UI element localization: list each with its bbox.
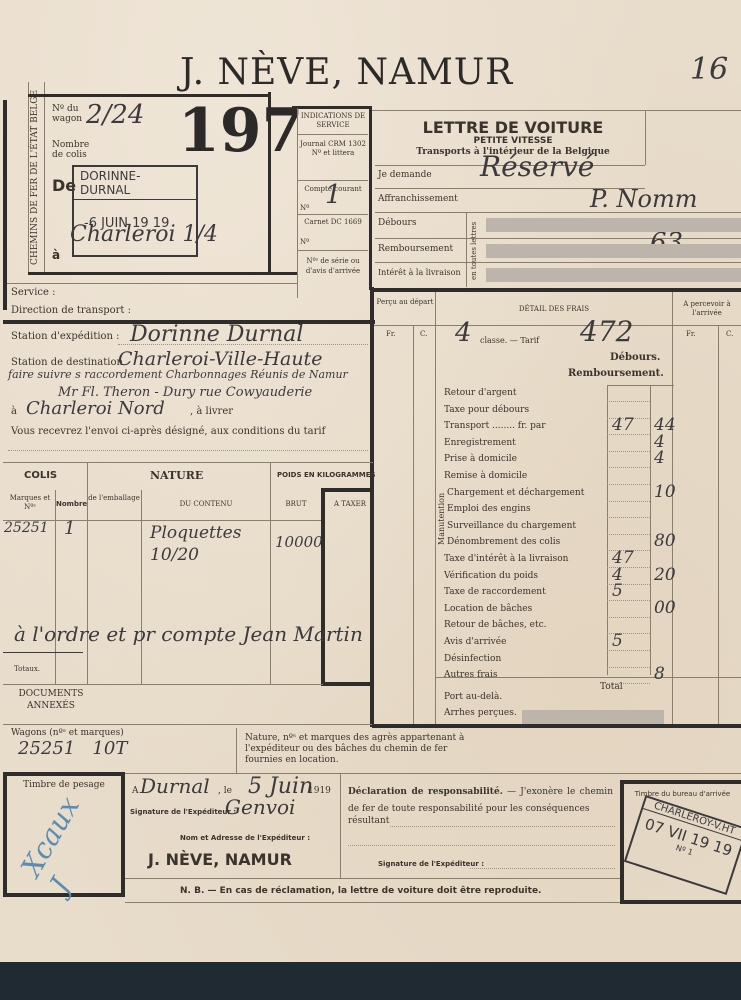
resultant-label: résultant [348,816,389,826]
row-nombre: 1 [64,518,75,539]
carnet-label: Carnet DC 1669 [298,218,368,226]
documents-label: DOCUMENTS ANNEXÉS [11,688,91,712]
frais-item-label: Enregistrement [444,438,516,448]
wagons-label: Wagons (nºˢ et marques) [11,728,124,738]
frais-item-fr: 5 [612,581,623,601]
percevoir-fr: Fr. [686,330,696,338]
colis-header: COLIS [24,470,57,481]
nature-header: NATURE [150,469,203,482]
frais-item-label: Emploi des engins [447,504,531,514]
signature2-label: Signature de l'Expéditeur : [378,860,484,868]
station-destination-label: Station de destination [11,357,123,368]
declaration-text: Déclaration de responsabilité. — J'exonè… [348,784,613,818]
nature-agres-text: Nature, nºˢ et marques des agrès apparte… [245,733,470,766]
nom-label: Nom et Adresse de l'Expéditeur : [180,834,310,842]
col-emballage: de l'emballage [88,494,140,503]
frais-item-label: Autres frais [444,670,498,680]
journal-label: Journal CRM 1302 Nº et littera [298,140,368,158]
frais-item-label: Prise à domicile [444,454,517,464]
date-year: 1919 [308,786,331,796]
percu-c: C. [420,330,427,338]
frais-item-label: Retour d'argent [444,388,517,398]
col-a-taxer: A TAXER [326,500,374,508]
toutes-lettres-note: en toutes lettres [470,222,478,280]
col-marques: Marques et Nºˢ [6,494,54,512]
frais-item-label: Taxe de raccordement [444,587,546,597]
poids-header: POIDS EN KILOGRAMMES [277,471,376,479]
frais-item-label: Surveillance du chargement [447,521,576,531]
arrhes-label: Arrhes perçues. [444,708,517,718]
arrivee-box: Timbre du bureau d'arrivée CHARLEROY-V.H… [620,780,741,904]
timbre-pesage-box: Timbre de pesage Xcaux J [3,772,125,897]
a-livrer-label: , à livrer [190,406,233,417]
frais-item-label: Vérification du poids [444,571,538,581]
wagons-value: 25251 10T [18,738,127,759]
pesage-mark: Xcaux J [14,775,123,898]
frais-debours: Débours. [610,352,660,363]
manutention-label: Manutention [437,493,446,545]
remboursement-label: Remboursement [378,244,453,254]
waybill-document: J. NÈVE, NAMUR 16 CHEMINS DE FER DE L'ÉT… [0,0,741,962]
lettre-title: LETTRE DE VOITURE [388,118,638,137]
frais-item-c: 80 [654,531,676,551]
row-brut: 10000 [275,533,323,551]
percevoir-header: A percevoir à l'arrivée [673,300,741,318]
frais-remboursement: Remboursement. [568,368,664,379]
station-destination-line2: faire suivre s raccordement Charbonnages… [8,368,348,381]
frais-item-label: Retour de bâches, etc. [444,620,547,630]
port-label: Port au-delà. [444,692,502,702]
indications-title: INDICATIONS DE SERVICE [298,112,368,130]
frais-item-c: 10 [654,482,676,502]
classe-label: classe. — Tarif [480,336,539,345]
percu-header: Perçu au départ [376,298,434,307]
frais-item-label: Taxe d'intérêt à la livraison [444,554,568,564]
station-destination-value: Charleroi-Ville-Haute [118,348,322,370]
wagon-no-label: Nº du wagon [52,104,82,124]
arrival-stamp: CHARLEROY-V.HT 07 VII 19 19 Nº 1 [624,795,741,895]
affranchissement-label: Affranchissement [378,194,458,204]
percu-fr: Fr. [386,330,396,338]
frais-item-c: 8 [654,664,665,684]
frais-item-label: Taxe pour débours [444,405,529,415]
col-brut: BRUT [271,500,321,508]
row-marques: 25251 [4,520,49,536]
frais-item-label: Avis d'arrivée [444,637,506,647]
a-livrer-value: Charleroi Nord [26,398,165,419]
arrivee-label: Timbre du bureau d'arrivée [624,790,741,798]
frais-item-label: Location de bâches [444,604,532,614]
direction-label: Direction de transport : [11,305,131,316]
frais-item-label: Chargement et déchargement [447,488,584,498]
frais-item-c: 4 [654,448,665,468]
affranchissement-value: P. Nomm [590,185,698,213]
frais-item-c: 20 [654,565,676,585]
place-prefix: A [132,786,139,796]
frais-item-fr: 47 [612,415,634,435]
je-demande-label: Je demande [378,170,432,180]
signature-label: Signature de l'Expéditeur : [130,808,236,816]
departure-stamp-station: DORINNE-DURNAL [74,167,196,200]
company-header: J. NÈVE, NAMUR [180,52,600,93]
declaration-title: Déclaration de responsabilité. [348,787,503,797]
frais-item-label: Dénombrement des colis [447,537,560,547]
col-nombre: Nombre [56,500,86,508]
conditions-text: Vous recevrez l'envoi ci-après désigné, … [11,426,325,437]
waybill-number: 197 [178,96,303,166]
frais-item-fr: 5 [612,631,623,651]
corner-mark: 16 [690,52,728,87]
serie-label: Nºˢ de série ou d'avis d'arrivée [298,256,368,276]
wagon-no-value: 2/24 [86,100,144,130]
total-label: Total [600,682,623,692]
frais-item-label: Désinfection [444,654,501,664]
detail-header: DÉTAIL DES FRAIS [436,305,672,313]
percevoir-c: C. [726,330,733,338]
nom-value: J. NÈVE, NAMUR [148,850,292,869]
lettre-subtitle: PETITE VITESSE [388,136,638,146]
railway-side-text: CHEMINS DE FER DE L'ÉTAT BELGE [30,75,40,265]
col-contenu: DU CONTENU [142,500,270,508]
carnet-no-label: Nº [300,238,309,246]
frais-item-c: 00 [654,598,676,618]
colis-label: Nombre de colis [52,140,92,160]
compte-no-label: Nº [300,204,309,212]
interet-label: Intérêt à la livraison [378,268,461,277]
frais-item-label: Remise à domicile [444,471,527,481]
service-label: Service : [11,287,55,298]
destination-handwritten: Charleroi 1/4 [70,222,218,247]
je-demande-value: Réservé [480,150,594,183]
signature-value: Genvoi [225,795,295,819]
classe-value: 4 [455,318,472,348]
row-note: à l'ordre et pr compte Jean Martin [14,622,363,646]
station-expedition-value: Dorinne Durnal [130,322,303,347]
a-livrer-prefix: à [11,406,17,417]
totaux-label: Totaux. [14,665,40,673]
place-value: Durnal [140,774,210,798]
row-contenu: Ploquettes 10/20 [150,522,270,566]
compte-value: 1 [325,180,342,210]
debours-label: Débours [378,218,416,228]
station-expedition-label: Station d'expédition : [11,331,120,342]
nb-note: N. B. — En cas de réclamation, la lettre… [180,886,541,896]
tarif-value: 472 [580,315,633,348]
frais-item-label: Transport ........ fr. par [444,421,546,431]
a-label: à [52,248,60,262]
